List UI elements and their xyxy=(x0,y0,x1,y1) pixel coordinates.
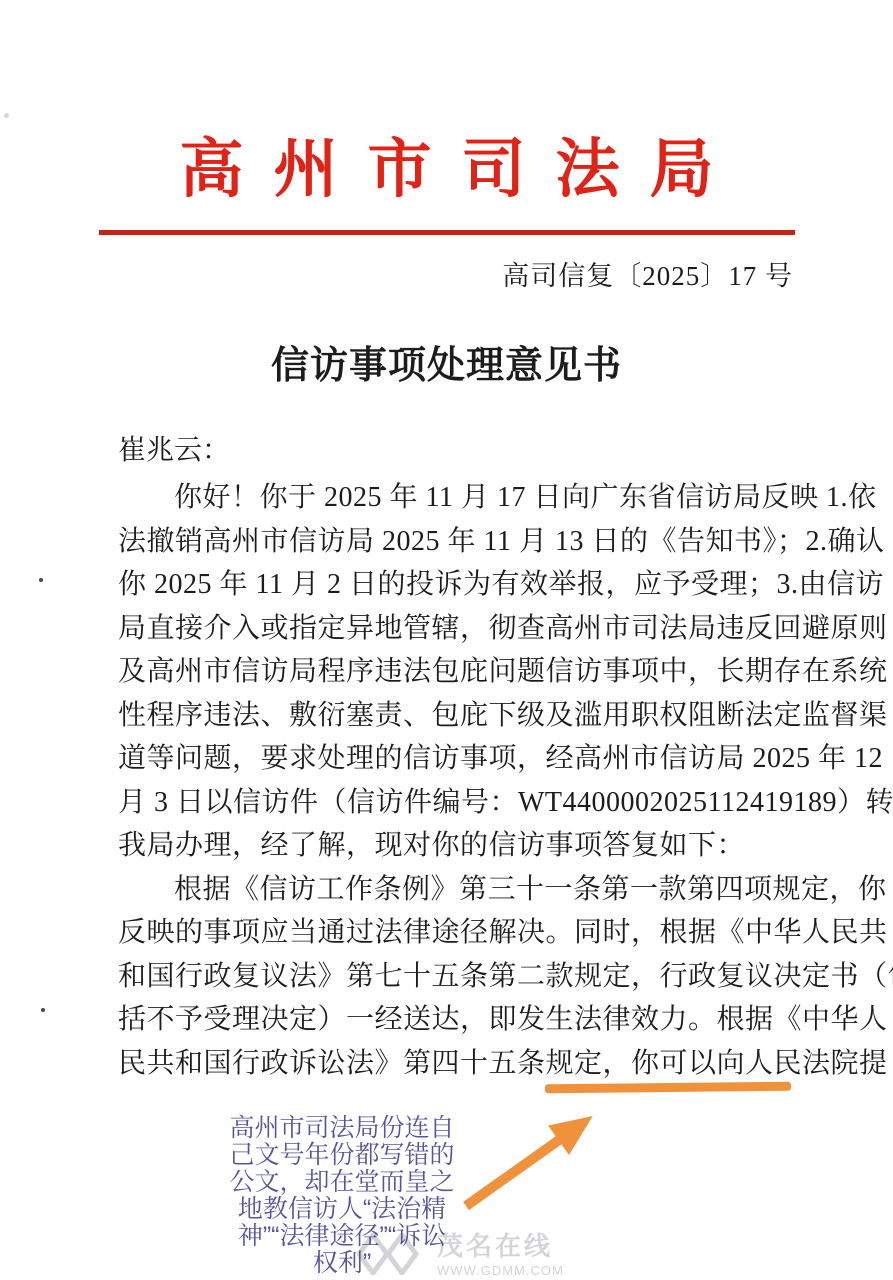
body-line: 你 2025 年 11 月 2 日的投诉为有效举报，应予受理；3.由信访 xyxy=(118,563,798,607)
body-line: 和国行政复议法》第七十五条第二款规定，行政复议决定书（包 xyxy=(118,955,798,999)
body-line: 括不予受理决定）一经送达，即发生法律效力。根据《中华人 xyxy=(118,998,798,1042)
highlight-underline xyxy=(545,1082,791,1094)
body-line: 根据《信访工作条例》第三十一条第一款第四项规定，你 xyxy=(118,868,798,912)
body-line: 我局办理，经了解，现对你的信访事项答复如下： xyxy=(118,824,798,868)
doc-number: 高司信复〔2025〕17 号 xyxy=(502,254,793,293)
body-line: 反映的事项应当通过法律途径解决。同时，根据《中华人民共 xyxy=(118,911,798,955)
body-line: 月 3 日以信访件（信访件编号：WT4400002025112419189）转给 xyxy=(118,781,798,825)
body-line: 及高州市信访局程序违法包庇问题信访事项中，长期存在系统 xyxy=(118,650,798,694)
scan-speck xyxy=(4,113,9,118)
scan-speck xyxy=(41,1008,45,1012)
annotation-line: 己文号年份都写错的 xyxy=(182,1142,502,1169)
scanned-official-document: 高州市司法局 高司信复〔2025〕17 号 信访事项处理意见书 崔兆云： 你好！… xyxy=(0,0,893,1280)
annotation-note: 高州市司法局份连自 己文号年份都写错的 公文，却在堂而皇之 地教信访人“法治精 … xyxy=(182,1115,502,1277)
body-line: 性程序违法、敷衍塞责、包庇下级及滥用职权阻断法定监督渠 xyxy=(118,694,798,738)
red-divider-rule xyxy=(99,230,795,235)
annotation-line: 高州市司法局份连自 xyxy=(182,1115,502,1142)
salutation: 崔兆云： xyxy=(118,428,230,468)
annotation-line: 地教信访人“法治精 xyxy=(182,1196,502,1223)
body-line: 法撤销高州市信访局 2025 年 11 月 13 日的《告知书》；2.确认 xyxy=(118,520,798,564)
body-line: 民共和国行政诉讼法》第四十五条规定，你可以向人民法院提 xyxy=(118,1042,798,1086)
body-line: 你好！你于 2025 年 11 月 17 日向广东省信访局反映 1.依 xyxy=(118,476,798,520)
body-line: 道等问题，要求处理的信访事项，经高州市信访局 2025 年 12 xyxy=(118,737,798,781)
document-title: 信访事项处理意见书 xyxy=(0,334,893,389)
agency-letterhead-title: 高州市司法局 xyxy=(0,118,893,210)
document-body: 你好！你于 2025 年 11 月 17 日向广东省信访局反映 1.依 法撤销高… xyxy=(118,476,798,1085)
annotation-line: 公文，却在堂而皇之 xyxy=(182,1169,502,1196)
scan-speck xyxy=(39,578,43,582)
body-line: 局直接介入或指定异地管辖，彻查高州市司法局违反回避原则 xyxy=(118,607,798,651)
annotation-line: 神”“法律途径”“诉讼 xyxy=(182,1223,502,1250)
annotation-line: 权利” xyxy=(182,1250,502,1277)
